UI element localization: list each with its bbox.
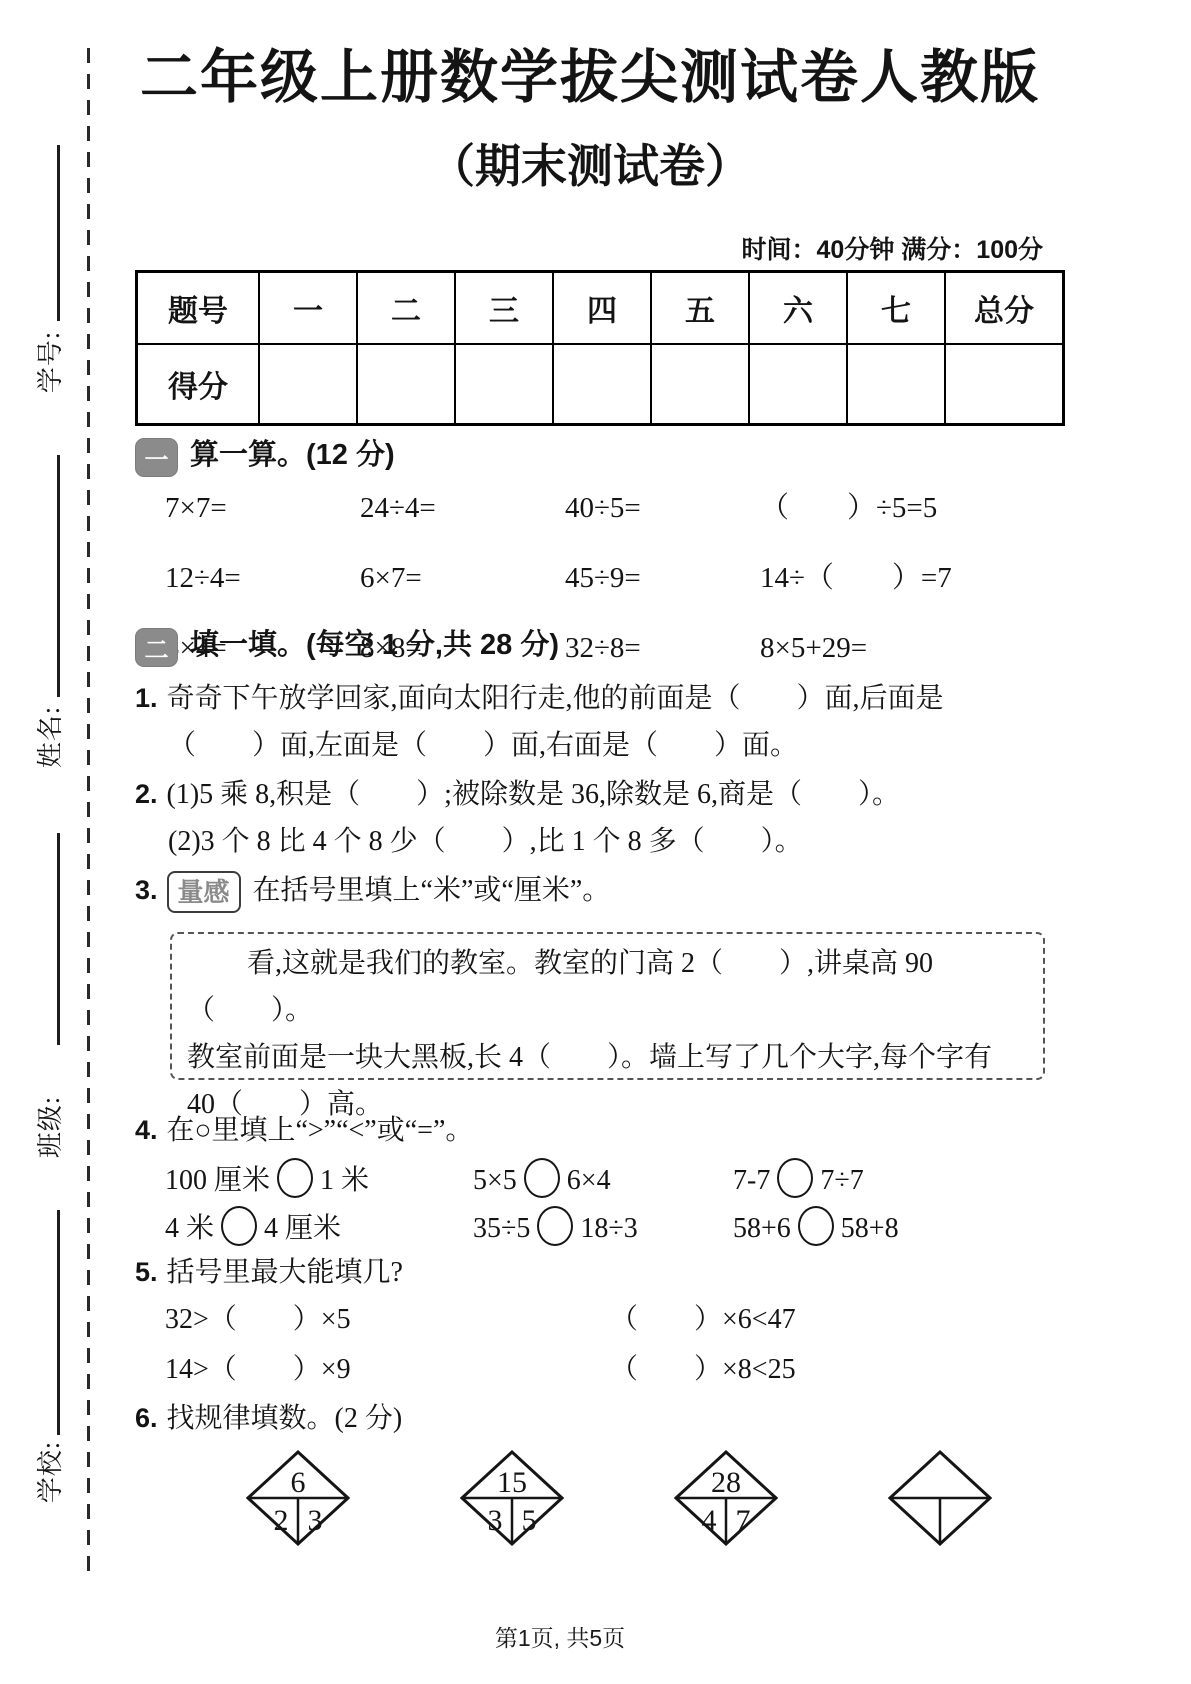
question-6: 6.找规律填数。(2 分) [135, 1396, 1051, 1441]
question-text: 找规律填数。(2 分) [167, 1403, 403, 1434]
diamond-bottom-left-value: 2 [274, 1504, 289, 1537]
question-number: 6. [135, 1403, 158, 1433]
calc-problem: 24÷4= [360, 487, 565, 530]
question-1: 1.奇奇下午放学回家,面向太阳行走,他的前面是（ ）面,后面是 [135, 676, 1051, 721]
question-text: （ ）面,左面是（ ）面,右面是（ ）面。 [168, 730, 798, 761]
comparison-circle-icon [798, 1206, 834, 1246]
diamond-bottom-right-value: 7 [736, 1504, 751, 1537]
score-table-header-cell: 一 [259, 272, 357, 345]
page-footer: 第1页, 共5页 [0, 1620, 1120, 1653]
max-fill-item: （ ）×6<47 [610, 1298, 1045, 1342]
question-4: 4.在○里填上“>”“<”或“=”。 [135, 1108, 1051, 1153]
question-number: 1. [135, 683, 158, 713]
question-5: 5.括号里最大能填几? [135, 1250, 1051, 1295]
comparison-item: 58+658+8 [733, 1206, 1045, 1251]
score-table-header-cell: 总分 [945, 272, 1064, 345]
hint-box-line: 看,这就是我们的教室。教室的门高 2（ ）,讲桌高 90（ ）。 [187, 940, 1028, 1034]
calc-problem: 40÷5= [565, 487, 760, 530]
comparison-right: 1 米 [320, 1165, 369, 1196]
section-two-header: 二填一填。(每空 1 分,共 28 分) [135, 622, 1035, 664]
student-id-fill-line [57, 145, 60, 321]
comparison-row-1: 100 厘米1 米 5×56×4 7-77÷7 [165, 1158, 1045, 1203]
score-table-score-cell [259, 344, 357, 425]
calc-problem: 7×7= [165, 487, 360, 530]
school-fill-line [57, 1210, 60, 1435]
comparison-circle-icon [524, 1158, 560, 1198]
score-table-score-cell [945, 344, 1064, 425]
comparison-left: 58+6 [733, 1213, 791, 1244]
question-2-line2: (2)3 个 8 比 4 个 8 少（ ）,比 1 个 8 多（ ）。 [168, 820, 1084, 864]
score-table-score-cell [553, 344, 651, 425]
question-text: 在○里填上“>”“<”或“=”。 [167, 1115, 474, 1146]
calc-problem: 6×7= [360, 557, 565, 600]
classroom-hint-box: 看,这就是我们的教室。教室的门高 2（ ）,讲桌高 90（ ）。 教室前面是一块… [170, 932, 1045, 1080]
comparison-right: 58+8 [841, 1213, 899, 1244]
score-table-row-label: 得分 [137, 344, 260, 425]
school-label: 学校: [6, 1430, 90, 1514]
score-table-header-cell: 二 [357, 272, 455, 345]
hint-box-line: 教室前面是一块大黑板,长 4（ ）。墙上写了几个大字,每个字有 [187, 1034, 1028, 1081]
score-table-score-cell [749, 344, 847, 425]
diamond-figure: 28 4 7 [674, 1450, 778, 1546]
comparison-right: 4 厘米 [264, 1213, 341, 1244]
question-number: 3. [135, 875, 158, 905]
question-text: 在括号里填上“米”或“厘米”。 [253, 875, 611, 906]
score-table-header-cell: 六 [749, 272, 847, 345]
exam-meta: 时间：40分钟 满分：100分 [135, 230, 1043, 266]
section-one-badge-icon: 一 [135, 438, 178, 477]
comparison-circle-icon [221, 1206, 257, 1246]
diamond-figure: 6 2 3 [246, 1450, 350, 1546]
student-id-label: 学号: [6, 320, 90, 404]
diamond-bottom-right-value: 5 [522, 1504, 537, 1537]
section-two-title: 填一填。(每空 1 分,共 28 分) [190, 629, 559, 661]
calc-problem: 45÷9= [565, 557, 760, 600]
pattern-diamonds: 6 2 3 15 3 5 28 4 7 [246, 1450, 992, 1546]
diamond-bottom-left-value: 3 [488, 1504, 503, 1537]
question-text: (2)3 个 8 比 4 个 8 少（ ）,比 1 个 8 多（ ）。 [168, 826, 803, 857]
section-one-header: 一算一算。(12 分) [135, 432, 1035, 474]
class-fill-line [57, 833, 60, 1045]
score-table-score-cell [651, 344, 749, 425]
score-table-score-row: 得分 [137, 344, 1064, 425]
comparison-right: 18÷3 [580, 1213, 637, 1244]
comparison-left: 4 米 [165, 1213, 214, 1244]
page-title: 二年级上册数学拔尖测试卷人教版 [125, 36, 1055, 120]
diamond-bottom-right-value: 3 [308, 1504, 323, 1537]
comparison-right: 7÷7 [820, 1165, 863, 1196]
question-text: 括号里最大能填几? [167, 1257, 403, 1288]
score-table-score-cell [357, 344, 455, 425]
comparison-item: 35÷518÷3 [473, 1206, 733, 1251]
calc-problem: 14÷（ ）=7 [760, 557, 1045, 600]
question-number: 2. [135, 779, 158, 809]
question-3: 3.量感在括号里填上“米”或“厘米”。 [135, 868, 1051, 913]
diamond-top-value: 6 [291, 1466, 306, 1499]
max-fill-row-1: 32>（ ）×5 （ ）×6<47 [165, 1298, 1045, 1342]
comparison-circle-icon [277, 1158, 313, 1198]
score-table-score-cell [455, 344, 553, 425]
question-text: 奇奇下午放学回家,面向太阳行走,他的前面是（ ）面,后面是 [167, 683, 944, 714]
question-number: 4. [135, 1115, 158, 1145]
comparison-left: 35÷5 [473, 1213, 530, 1244]
exam-page: 学号: 姓名: 班级: 学校: 二年级上册数学拔尖测试卷人教版 （期末测试卷） … [0, 0, 1191, 1684]
comparison-left: 7-7 [733, 1165, 770, 1196]
score-table-header-cell: 四 [553, 272, 651, 345]
question-2: 2.(1)5 乘 8,积是（ ）;被除数是 36,除数是 6,商是（ ）。 [135, 772, 1051, 817]
score-table-header-cell: 五 [651, 272, 749, 345]
score-table-header-cell: 三 [455, 272, 553, 345]
score-table-corner: 题号 [137, 272, 260, 345]
score-table-score-cell [847, 344, 945, 425]
max-fill-row-2: 14>（ ）×9 （ ）×8<25 [165, 1348, 1045, 1392]
score-table: 题号 一 二 三 四 五 六 七 总分 得分 [135, 270, 1065, 426]
calc-problem: 12÷4= [165, 557, 360, 600]
comparison-item: 4 米4 厘米 [165, 1206, 473, 1251]
page-subtitle: （期末测试卷） [135, 130, 1045, 202]
name-fill-line [57, 455, 60, 697]
score-table-header-cell: 七 [847, 272, 945, 345]
diamond-top-value: 28 [711, 1466, 741, 1499]
comparison-row-2: 4 米4 厘米 35÷518÷3 58+658+8 [165, 1206, 1045, 1251]
comparison-left: 100 厘米 [165, 1165, 270, 1196]
question-number: 5. [135, 1257, 158, 1287]
section-two-badge-icon: 二 [135, 628, 178, 667]
max-fill-item: 14>（ ）×9 [165, 1348, 610, 1392]
diamond-bottom-left-value: 4 [702, 1504, 717, 1537]
comparison-left: 5×5 [473, 1165, 517, 1196]
comparison-item: 100 厘米1 米 [165, 1158, 473, 1203]
comparison-item: 7-77÷7 [733, 1158, 1045, 1203]
diamond-top-value: 15 [497, 1466, 527, 1499]
comparison-item: 5×56×4 [473, 1158, 733, 1203]
score-table-header-row: 题号 一 二 三 四 五 六 七 总分 [137, 272, 1064, 345]
comparison-right: 6×4 [567, 1165, 611, 1196]
comparison-circle-icon [537, 1206, 573, 1246]
comparison-circle-icon [777, 1158, 813, 1198]
question-text: (1)5 乘 8,积是（ ）;被除数是 36,除数是 6,商是（ ）。 [167, 779, 900, 810]
quantity-sense-badge: 量感 [167, 871, 241, 913]
diamond-figure [888, 1450, 992, 1546]
binding-dashed-line [87, 48, 90, 1576]
max-fill-item: 32>（ ）×5 [165, 1298, 610, 1342]
calc-problem: （ ）÷5=5 [760, 487, 1045, 530]
max-fill-item: （ ）×8<25 [610, 1348, 1045, 1392]
section-one-title: 算一算。(12 分) [190, 439, 395, 471]
name-label: 姓名: [6, 695, 90, 779]
class-label: 班级: [6, 1085, 90, 1169]
diamond-figure: 15 3 5 [460, 1450, 564, 1546]
question-1-line2: （ ）面,左面是（ ）面,右面是（ ）面。 [168, 724, 1084, 768]
